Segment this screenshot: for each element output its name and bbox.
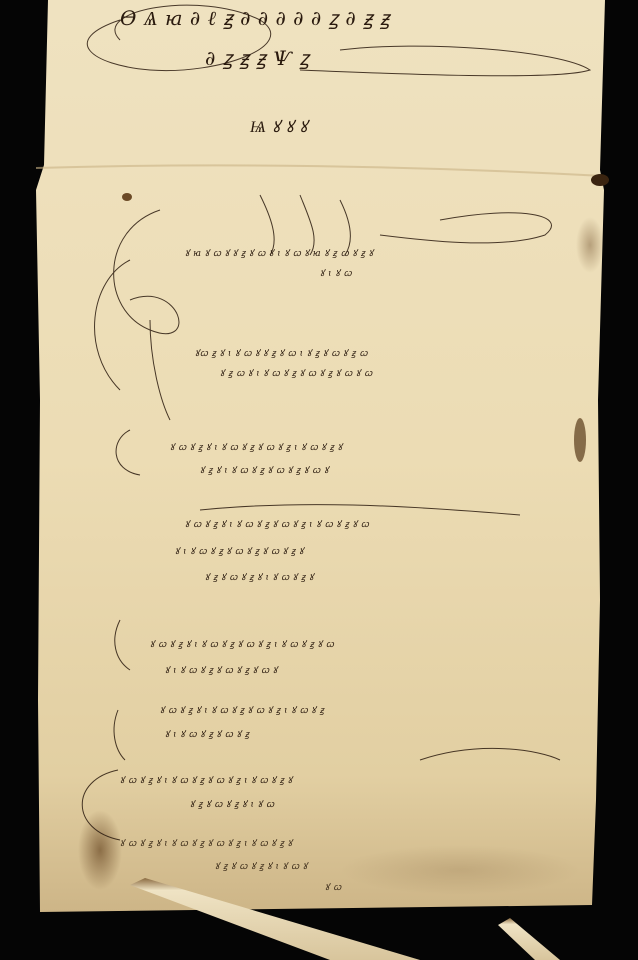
- header-title-line-1: Ѳ Ѧ ꙗ ∂ ℓ ꙃ ∂ ∂ ∂ ∂ ∂ ꙁ ∂ ꙃ ꙃ: [120, 4, 390, 31]
- paragraph-6-line-1: ꙋ ꙍ ꙋ ꙃ ꙋ ꙇ ꙋ ꙍ ꙋ ꙃ ꙋ ꙍ ꙋ ꙃ ꙇ ꙋ ꙍ ꙋ ꙃ: [160, 703, 324, 716]
- paragraph-3-line-1: ꙋ ꙍ ꙋ ꙃ ꙋ ꙇ ꙋ ꙍ ꙋ ꙃ ꙋ ꙍ ꙋ ꙃ ꙇ ꙋ ꙍ ꙋ ꙃ ꙋ: [170, 440, 342, 453]
- header-title-line-2: ∂ ꙁ ꙃ ꙃ Ѱ ꙁ: [205, 44, 309, 71]
- paragraph-5-line-1: ꙋ ꙍ ꙋ ꙃ ꙋ ꙇ ꙋ ꙍ ꙋ ꙃ ꙋ ꙍ ꙋ ꙃ ꙇ ꙋ ꙍ ꙋ ꙃ ꙋ …: [150, 637, 334, 650]
- scroll-paper: [0, 0, 638, 960]
- paragraph-6-line-2: ꙋ ꙇ ꙋ ꙍ ꙋ ꙃ ꙋ ꙍ ꙋ ꙃ: [165, 727, 250, 740]
- paragraph-4-line-3: ꙋ ꙃ ꙋ ꙍ ꙋ ꙃ ꙋ ꙇ ꙋ ꙍ ꙋ ꙃ ꙋ: [205, 570, 314, 583]
- signature-line-2: ꙋ ꙃ ꙋ ꙍ ꙋ ꙃ ꙋ ꙇ ꙋ ꙍ ꙋ: [215, 859, 308, 872]
- paragraph-4-line-2: ꙋ ꙇ ꙋ ꙍ ꙋ ꙃ ꙋ ꙍ ꙋ ꙃ ꙋ ꙍ ꙋ ꙃ ꙋ: [175, 544, 304, 557]
- wooden-stick-right: [498, 918, 560, 960]
- paragraph-3-line-2: ꙋ ꙃ ꙋ ꙇ ꙋ ꙍ ꙋ ꙃ ꙋ ꙍ ꙋ ꙃ ꙋ ꙍ ꙋ: [200, 463, 329, 476]
- paragraph-4-line-1: ꙋ ꙍ ꙋ ꙃ ꙋ ꙇ ꙋ ꙍ ꙋ ꙃ ꙋ ꙍ ꙋ ꙃ ꙇ ꙋ ꙍ ꙋ ꙃ ꙋ …: [185, 517, 369, 530]
- paragraph-2-line-2: ꙋ ꙃ ꙍ ꙋ ꙇ ꙋ ꙍ ꙋ ꙃ ꙋ ꙍ ꙋ ꙃ ꙋ ꙍ ꙋ ꙍ: [220, 366, 373, 379]
- paragraph-5-line-2: ꙋ ꙇ ꙋ ꙍ ꙋ ꙃ ꙋ ꙍ ꙋ ꙃ ꙋ ꙍ ꙋ: [165, 663, 278, 676]
- header-mark: Ѩ ꙋ ꙋ ꙋ: [250, 115, 308, 137]
- signature-line-1: ꙋ ꙍ ꙋ ꙃ ꙋ ꙇ ꙋ ꙍ ꙋ ꙃ ꙋ ꙍ ꙋ ꙃ ꙇ ꙋ ꙍ ꙋ ꙃ ꙋ: [120, 836, 292, 849]
- paragraph-1-line-1: ꙋ ꙗ ꙋ ꙍ ꙋ ꙋ ꙃ ꙋ ꙍ ꙋ ꙇ ꙋ ꙍ ꙋ ꙗ ꙋ ꙃ ꙍ ꙋ ꙃ …: [185, 246, 374, 259]
- paragraph-7-line-2: ꙋ ꙃ ꙋ ꙍ ꙋ ꙃ ꙋ ꙇ ꙋ ꙍ: [190, 797, 275, 810]
- manuscript-photo: Ѳ Ѧ ꙗ ∂ ℓ ꙃ ∂ ∂ ∂ ∂ ∂ ꙁ ∂ ꙃ ꙃ ∂ ꙁ ꙃ ꙃ Ѱ …: [0, 0, 638, 960]
- paragraph-2-line-1: ꙋꙍ ꙃ ꙋ ꙇ ꙋ ꙍ ꙋ ꙋ ꙃ ꙋ ꙍ ꙇ ꙋ ꙃ ꙋ ꙍ ꙋ ꙃ ꙍ: [195, 346, 368, 359]
- signature-line-3: ꙋ ꙍ: [325, 880, 342, 893]
- paragraph-1-line-2: ꙋ ꙇ ꙋ ꙍ: [320, 266, 352, 279]
- paragraph-7-line-1: ꙋ ꙍ ꙋ ꙃ ꙋ ꙇ ꙋ ꙍ ꙋ ꙃ ꙋ ꙍ ꙋ ꙃ ꙇ ꙋ ꙍ ꙋ ꙃ ꙋ: [120, 773, 292, 786]
